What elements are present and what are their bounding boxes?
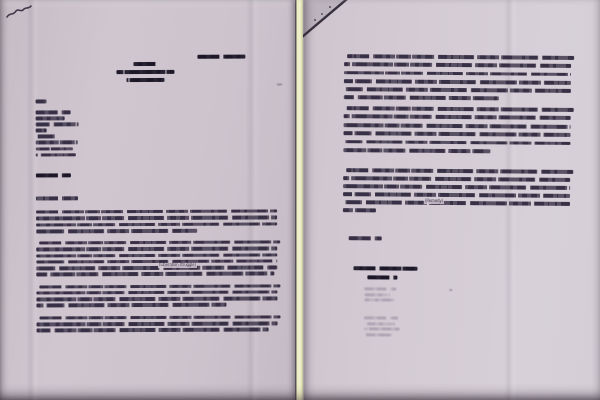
closing-paragraph-line-3: [343, 184, 570, 190]
closing-paragraph: [343, 168, 573, 214]
signature-name: [353, 266, 417, 271]
inline-english-snippet-2: (Remedy): [424, 199, 444, 204]
bleed-through-text-2: [364, 316, 400, 336]
addressee-block: [36, 110, 79, 156]
numbered-paragraph-5-line-4: [344, 131, 571, 137]
addressee-block-line-4: [36, 129, 47, 133]
closing-paragraph-line-2: [343, 176, 570, 182]
subject-line-line-1: [36, 173, 71, 177]
closing-paragraph-line-6: [343, 208, 376, 212]
notice-heading-line-2: [116, 70, 174, 74]
date-line: [197, 55, 245, 59]
numbered-paragraph-4-line-6: [344, 96, 499, 101]
numbered-paragraph-2-line-1: [39, 284, 280, 288]
signature-name-line-1: [353, 266, 417, 271]
opening-paragraph: [36, 209, 277, 233]
numbered-paragraph-4: [344, 54, 574, 101]
numbered-paragraph-5-line-3: [344, 123, 571, 129]
addressee-block-line-5: [36, 135, 57, 139]
numbered-paragraph-1-line-2: [36, 247, 277, 251]
closing-paragraph-line-5: [343, 200, 570, 206]
numbered-paragraph-3-line-2: [37, 322, 278, 326]
numbered-paragraph-5-line-1: [347, 106, 574, 112]
numbered-paragraph-1-line-5: [36, 266, 277, 270]
addressee-block-line-8: [36, 153, 76, 157]
bleed-through-text-1-line-3: [364, 298, 394, 301]
bleed-through-text-1-line-1: [364, 287, 396, 290]
notice-heading-line-1: [133, 62, 157, 66]
opening-paragraph-line-3: [36, 222, 277, 226]
addressee-block-line-1: [36, 110, 71, 114]
signature-designation-line-1: [367, 275, 397, 279]
scanned-letter-photo: (Liberation struggle) (Remedy): [0, 0, 600, 400]
numbered-paragraph-5-line-5: [343, 140, 570, 146]
salutation-line-1: [36, 196, 78, 200]
numbered-paragraph-4-line-3: [344, 71, 571, 77]
addressee-intro-line-1: [36, 99, 47, 103]
numbered-paragraph-2-line-3: [36, 297, 277, 301]
numbered-paragraph-4-line-1: [347, 54, 574, 60]
signature-designation: [367, 275, 397, 279]
bleed-through-text-2-line-1: [364, 316, 398, 319]
closing-paragraph-line-1: [346, 168, 573, 174]
bleed-through-text-2-line-2: [367, 322, 395, 325]
salutation: [36, 196, 78, 200]
date-line-line-1: [197, 55, 245, 59]
numbered-paragraph-1-line-1: [39, 240, 280, 244]
numbered-paragraph-4-line-4: [344, 79, 571, 85]
notice-heading-line-3: [126, 78, 164, 82]
opening-paragraph-line-2: [36, 216, 277, 220]
numbered-paragraph-3-line-1: [40, 315, 281, 319]
inline-english-snippet-1: (Liberation struggle): [158, 263, 197, 268]
addressee-block-line-6: [36, 141, 78, 145]
bleed-through-text-1: [364, 287, 396, 301]
bleed-through-text-2-line-3: [364, 327, 400, 330]
numbered-paragraph-1: [36, 240, 280, 276]
numbered-paragraph-5: [343, 106, 573, 154]
numbered-paragraph-2: [36, 284, 280, 307]
letter-page-1: (Liberation struggle): [0, 0, 295, 400]
addressee-block-line-2: [36, 116, 65, 120]
bleed-through-text-2-line-4: [364, 333, 394, 336]
numbered-paragraph-5-line-6: [343, 148, 490, 153]
numbered-paragraph-2-line-4: [36, 303, 226, 307]
numbered-paragraph-4-line-5: [344, 87, 571, 93]
opening-paragraph-line-4: [36, 229, 197, 233]
opening-paragraph-line-1: [36, 209, 277, 213]
letter-page-2: (Remedy): [304, 0, 600, 400]
addressee-block-line-3: [36, 122, 79, 126]
closing-valediction-line-1: [349, 236, 382, 240]
addressee-block-line-7: [36, 147, 73, 151]
numbered-paragraph-3: [37, 315, 281, 332]
closing-paragraph-line-4: [343, 192, 570, 198]
ink-dot: [449, 289, 452, 291]
ink-smudge: [276, 83, 282, 85]
subject-line: [36, 173, 71, 177]
numbered-paragraph-4-line-2: [344, 62, 571, 68]
notice-heading: [116, 62, 174, 82]
closing-valediction: [349, 236, 382, 240]
numbered-paragraph-3-line-3: [37, 328, 269, 332]
bleed-through-text-1-line-2: [364, 293, 390, 296]
numbered-paragraph-5-line-2: [344, 115, 571, 121]
numbered-paragraph-1-line-6: [36, 272, 274, 276]
numbered-paragraph-1-line-3: [36, 253, 277, 257]
numbered-paragraph-1-line-4: [36, 259, 277, 263]
numbered-paragraph-2-line-2: [36, 291, 277, 295]
addressee-intro: [36, 99, 47, 103]
